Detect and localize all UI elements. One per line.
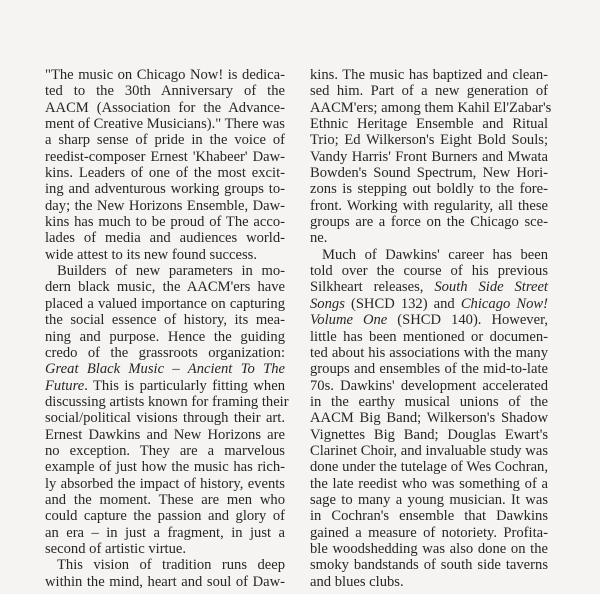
text-line: ted to the 30th Anniversary of the bbox=[45, 83, 285, 99]
text-line: AACM (Association for the Advance- bbox=[45, 100, 285, 116]
text-line: AACM Big Band; Wilkerson's Shadow bbox=[310, 410, 548, 426]
text-line: Trio; Ed Wilkerson's Eight Bold Souls; bbox=[310, 132, 548, 148]
text-line: discussing artists known for framing the… bbox=[45, 394, 285, 410]
text-fragment: Silkheart releases, bbox=[310, 279, 434, 295]
text-line: Bowden's Sound Spectrum, New Hori- bbox=[310, 165, 548, 181]
text-line: ment of Creative Musicians)." There was bbox=[45, 116, 285, 132]
text-line: groups and ensembles of the mid-to-late bbox=[310, 361, 548, 377]
text-line: kins. Leaders of one of the most excit- bbox=[45, 165, 285, 181]
text-line: placed a valued importance on capturing bbox=[45, 296, 285, 312]
text-line: Vignettes Big Band; Douglas Ewart's bbox=[310, 427, 548, 443]
text-line: social/political visions through their a… bbox=[45, 410, 285, 426]
text-line: Much of Dawkins' career has been bbox=[310, 247, 548, 263]
album-title-italic: South Side Street bbox=[434, 279, 548, 295]
text-line: a sharp sense of pride in the voice of bbox=[45, 132, 285, 148]
text-line: ning and purpose. Hence the guiding bbox=[45, 329, 285, 345]
text-line: Ethnic Heritage Ensemble and Ritual bbox=[310, 116, 548, 132]
text-line: in the earthy musical unions of the bbox=[310, 394, 548, 410]
text-line: dern black music, the AACM'ers have bbox=[45, 279, 285, 295]
text-line: gained a measure of notoriety. Profita- bbox=[310, 525, 548, 541]
text-line: ble woodshedding was also done on the bbox=[310, 541, 548, 557]
text-line: sed him. Part of a new generation of bbox=[310, 83, 548, 99]
album-title-italic: Volume One bbox=[310, 312, 387, 328]
text-line: and blues clubs. bbox=[310, 574, 548, 590]
text-fragment: (SHCD 140). However, bbox=[387, 312, 548, 328]
text-line: Volume One (SHCD 140). However, bbox=[310, 312, 548, 328]
text-line: within the mind, heart and soul of Daw- bbox=[45, 574, 285, 590]
credo-italic-line: Great Black Music – Ancient To The bbox=[45, 361, 285, 377]
text-line: lades of media and audiences world- bbox=[45, 230, 285, 246]
text-line: and the moment. These are men who bbox=[45, 492, 285, 508]
album-title-italic: Chicago Now! bbox=[461, 296, 548, 312]
text-line: front. Working with regularity, all thes… bbox=[310, 198, 548, 214]
text-line: could capture the passion and glory of bbox=[45, 508, 285, 524]
text-line: second of artistic virtue. bbox=[45, 541, 285, 557]
text-line: groups are a force on the Chicago sce- bbox=[310, 214, 548, 230]
text-line: no exception. They are a marvelous bbox=[45, 443, 285, 459]
text-line: in Cochran's ensemble that Dawkins bbox=[310, 508, 548, 524]
text-line: an era – in just a fragment, in just a bbox=[45, 525, 285, 541]
text-line: zons is stepping out boldly to the fore- bbox=[310, 181, 548, 197]
text-line: the late reedist who was something of a bbox=[310, 476, 548, 492]
text-line: wide attest to its new found success. bbox=[45, 247, 285, 263]
text-line: the social essence of history, its mea- bbox=[45, 312, 285, 328]
text-line: ne. bbox=[310, 230, 548, 246]
text-line: Ernest Dawkins and New Horizons are bbox=[45, 427, 285, 443]
text-line: Silkheart releases, South Side Street bbox=[310, 279, 548, 295]
text-line: smoky bandstands of south side taverns bbox=[310, 557, 548, 573]
text-line: sage to many a young musician. It was bbox=[310, 492, 548, 508]
text-line: ing and adventurous working groups to- bbox=[45, 181, 285, 197]
text-line: Vandy Harris' Front Burners and Mwata bbox=[310, 149, 548, 165]
text-line: Clarinet Choir, and invaluable study was bbox=[310, 443, 548, 459]
text-line: done under the tutelage of Wes Cochran, bbox=[310, 459, 548, 475]
text-line: This vision of tradition runs deep bbox=[45, 557, 285, 573]
left-column: "The music on Chicago Now! is dedica- te… bbox=[45, 67, 285, 590]
text-fragment: . This is particularly fitting when bbox=[84, 378, 285, 394]
credo-italic-word: Future bbox=[45, 378, 84, 394]
liner-notes-page: "The music on Chicago Now! is dedica- te… bbox=[0, 0, 600, 594]
text-line: reedist-composer Ernest 'Khabeer' Daw- bbox=[45, 149, 285, 165]
text-line: Songs (SHCD 132) and Chicago Now! bbox=[310, 296, 548, 312]
text-line: told over the course of his previous bbox=[310, 263, 548, 279]
right-column: kins. The music has baptized and clean- … bbox=[310, 67, 548, 590]
text-line: ly absorbed the impact of history, event… bbox=[45, 476, 285, 492]
text-line: Future. This is particularly fitting whe… bbox=[45, 378, 285, 394]
text-line: AACM'ers; among them Kahil El'Zabar's bbox=[310, 100, 548, 116]
text-fragment: (SHCD 132) and bbox=[345, 296, 461, 312]
text-line: "The music on Chicago Now! is dedica- bbox=[45, 67, 285, 83]
text-line: little has been mentioned or documen- bbox=[310, 329, 548, 345]
text-line: credo of the grassroots organization: bbox=[45, 345, 285, 361]
album-title-italic: Songs bbox=[310, 296, 345, 312]
text-line: kins. The music has baptized and clean- bbox=[310, 67, 548, 83]
text-line: example of just how the music has rich- bbox=[45, 459, 285, 475]
text-line: kins has much to be proud of The acco- bbox=[45, 214, 285, 230]
text-line: ted about his associations with the many bbox=[310, 345, 548, 361]
text-line: Builders of new parameters in mo- bbox=[45, 263, 285, 279]
text-line: day; the New Horizons Ensemble, Daw- bbox=[45, 198, 285, 214]
text-line: 70s. Dawkins' development accelerated bbox=[310, 378, 548, 394]
